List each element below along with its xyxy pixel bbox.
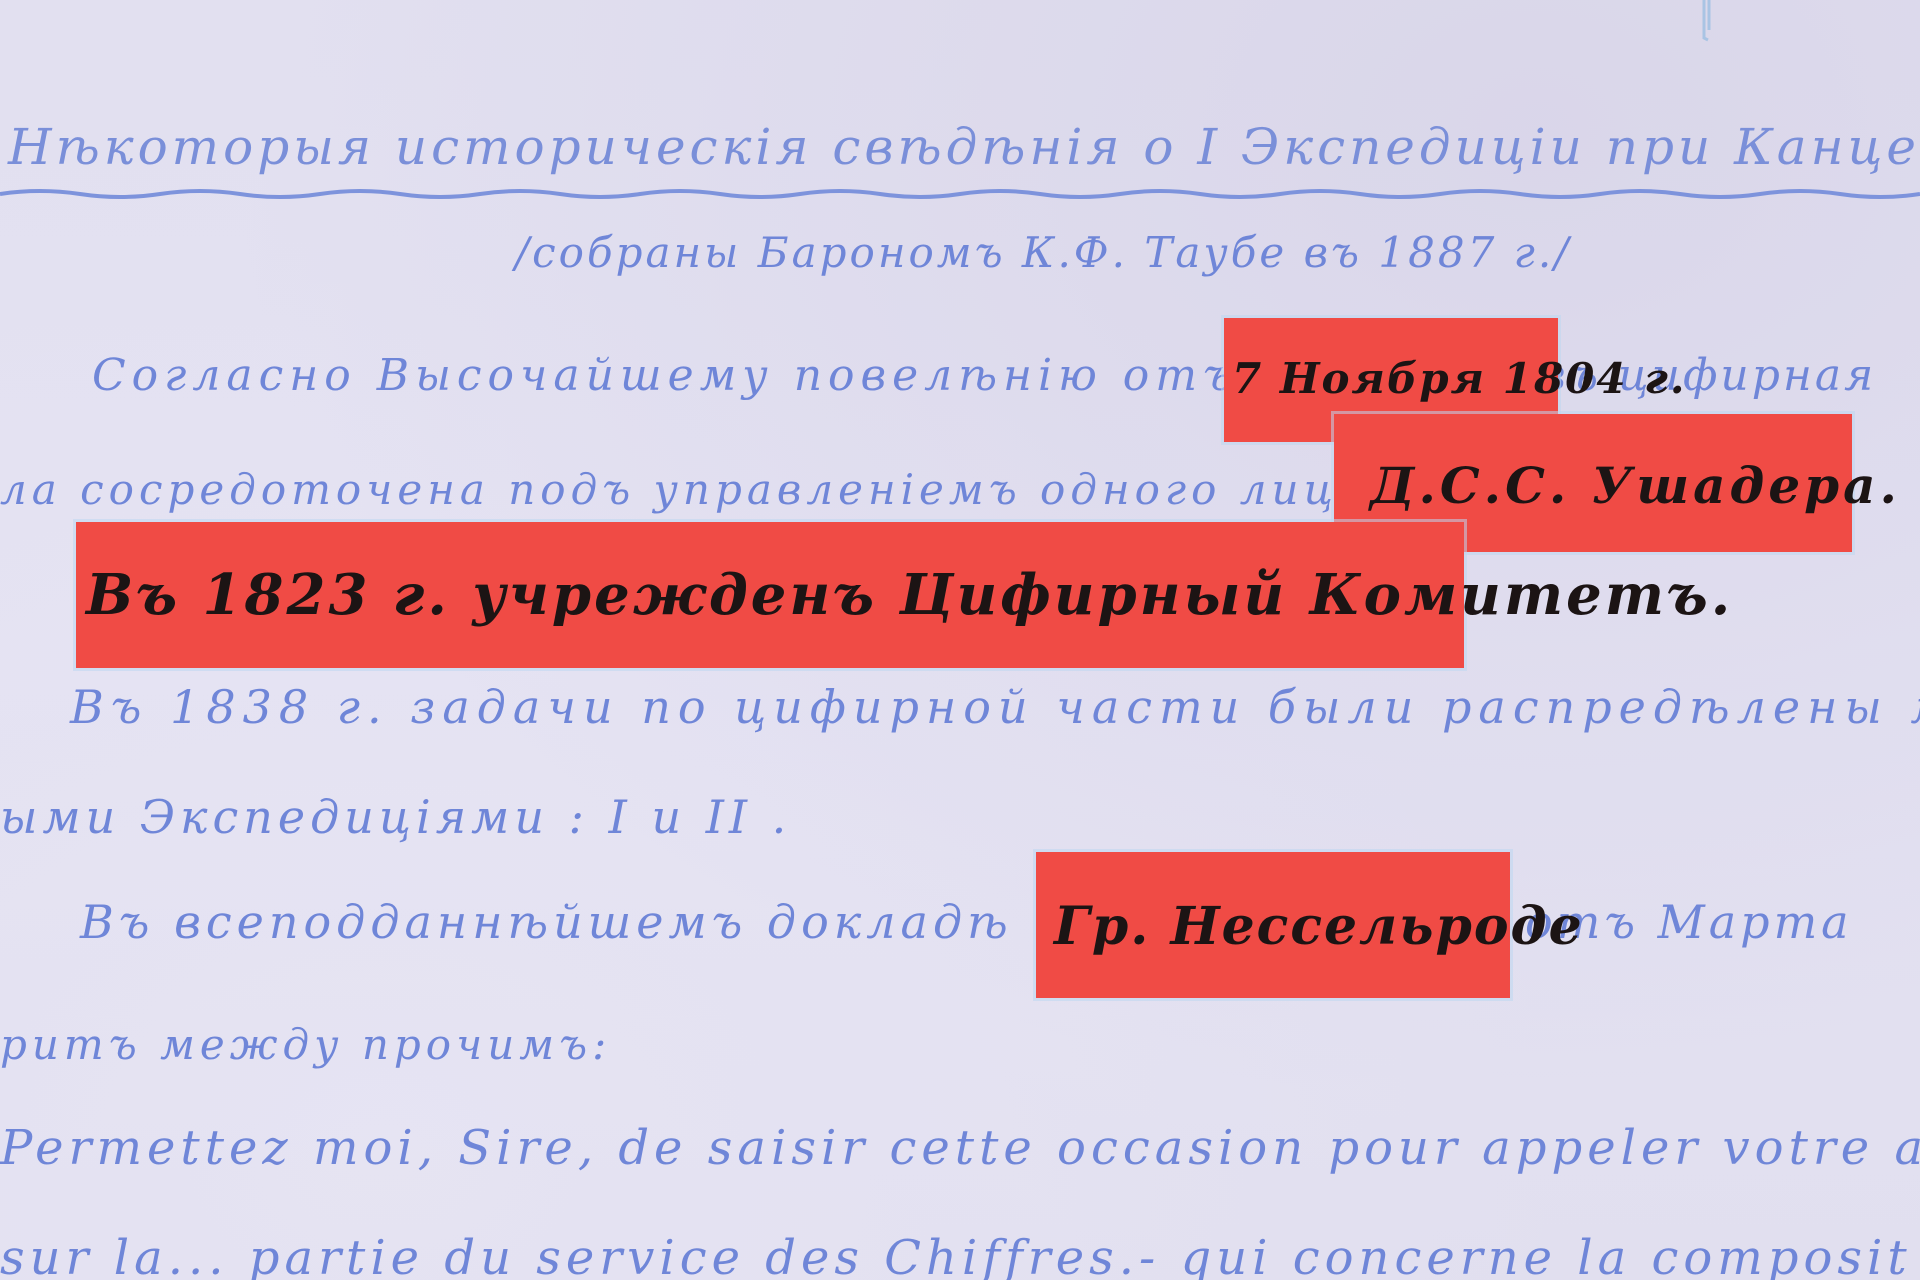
margin-ink-mark: [1696, 0, 1716, 50]
highlight-count-text: Гр. Нессельроде: [1054, 896, 1584, 957]
highlight-committee-text: Въ 1823 г. учрежденъ Цифирный Комитетъ.: [86, 562, 1733, 628]
text-line-4: ыми Экспедиціями : I и II .: [0, 790, 791, 844]
document-subtitle: /собраны Барономъ К.Ф. Тaубе въ 1887 г./: [515, 228, 1571, 277]
text-line-2: ла сосредоточена подъ управленіемъ одног…: [0, 465, 1405, 514]
document-title: Нѣкоторыя историческія свѣдѣнія о I Эксп…: [8, 118, 1920, 176]
text-line-8-french: sur la... partie du service des Chiffres…: [0, 1230, 1912, 1280]
highlight-name-text: Д.С.С. Ушадера.: [1370, 456, 1901, 515]
manuscript-page: Нѣкоторыя историческія свѣдѣнія о I Эксп…: [0, 0, 1920, 1280]
highlight-date-text: 7 Ноября 1804 г.: [1232, 354, 1686, 403]
text-line-5: Въ всеподданнѣйшемъ докладѣ: [80, 895, 1013, 949]
text-line-6: ритъ между прочимъ:: [0, 1020, 611, 1069]
highlight-committee-box: Въ 1823 г. учрежденъ Цифирный Комитетъ.: [76, 522, 1464, 668]
highlight-count-box: Гр. Нессельроде: [1036, 852, 1510, 998]
text-line-7-french: Permettez moi, Sire, de saisir cette occ…: [0, 1120, 1920, 1176]
text-line-1: Согласно Высочайшему повелѣнію отъ: [92, 350, 1238, 401]
title-wavy-underline: [0, 186, 1920, 202]
text-line-3: Въ 1838 г. задачи по цифирной части были…: [70, 680, 1920, 734]
